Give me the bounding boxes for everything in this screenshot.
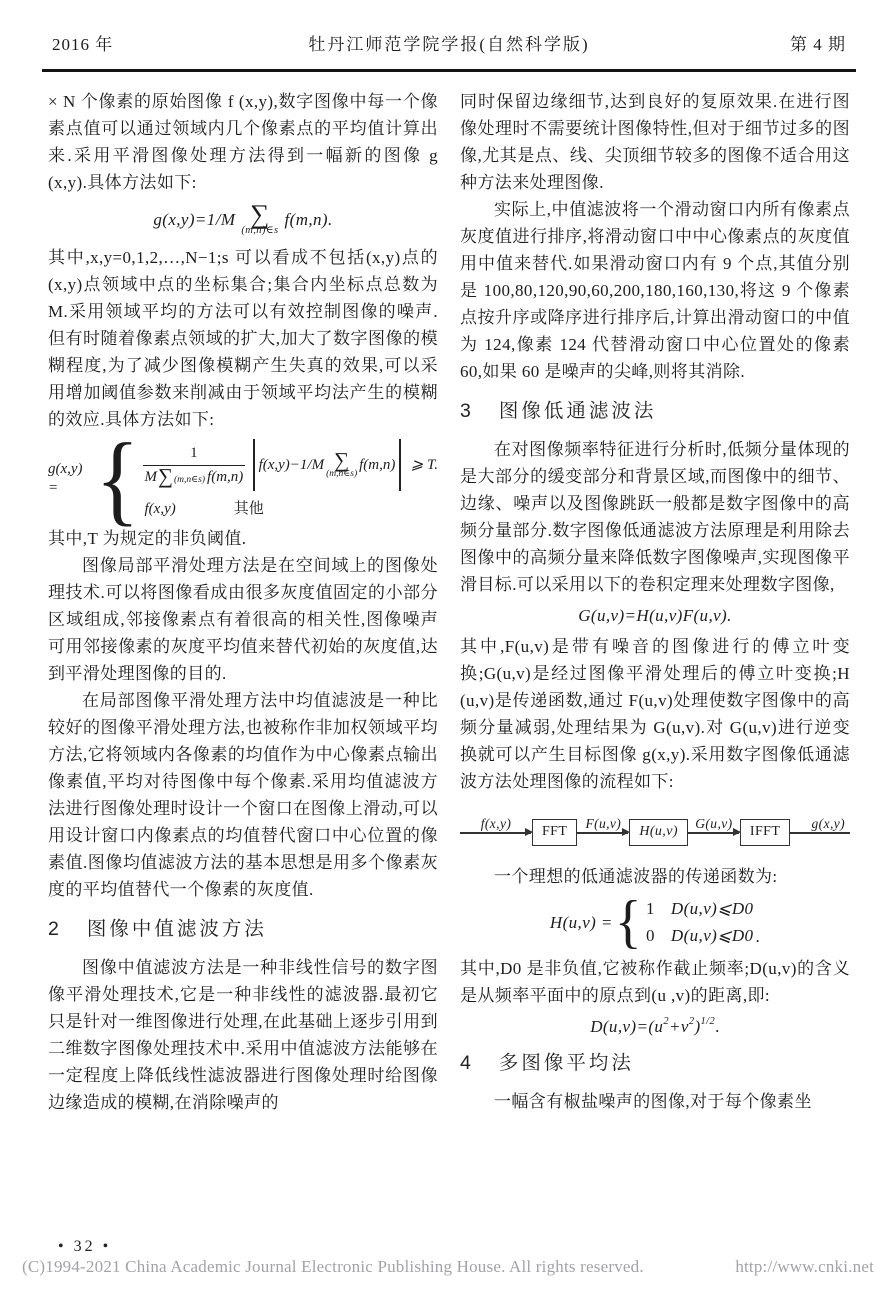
paragraph-cutoff-frequency: 其中,D0 是非负值,它被称作截止频率;D(u,v)的含义是从频率平面中的原点到… — [460, 955, 850, 1009]
section-heading-2: 2 图像中值滤波方法 — [48, 916, 438, 943]
section-heading-4: 4 多图像平均法 — [460, 1050, 850, 1077]
case-2: f(x,y) 其他 — [143, 500, 439, 519]
header-journal-title: 牡丹江师范学院学报(自然科学版) — [222, 30, 676, 55]
formula-lhs: H(u,v) = — [550, 912, 613, 933]
arrow-line — [460, 832, 531, 833]
formula-lhs: g(x,y) = — [48, 460, 94, 498]
copyright-notice: (C)1994-2021 China Academic Journal Elec… — [22, 1257, 874, 1277]
flow-arrow-F: F(u,v) — [577, 807, 629, 857]
section-title: 图像低通滤波法 — [499, 398, 657, 425]
section-heading-3: 3 图像低通滤波法 — [460, 398, 850, 425]
paragraph-average-explanation: 其中,x,y=0,1,2,…,N−1;s 可以看成不包括(x,y)点的(x,y)… — [48, 244, 438, 433]
section-number: 4 — [460, 1050, 471, 1077]
arrowhead-icon — [622, 828, 630, 836]
formula-neighborhood-average: g(x,y)=1/M ∑ (m,n)∈s f(m,n). — [48, 203, 438, 237]
section-number: 3 — [460, 398, 471, 425]
lowpass-flow-diagram: f(x,y) FFT F(u,v) H(u,v) G(u,v) IFFT — [460, 807, 850, 857]
flow-arrow-output: g(x,y) — [790, 807, 850, 857]
page-header: 2016 年 牡丹江师范学院学报(自然科学版) 第 4 期 — [52, 30, 846, 55]
left-brace: { — [95, 436, 139, 522]
piecewise-cases: 1 M ∑ (m,n∈s) f(m,n) — [143, 439, 439, 519]
fft-box: FFT — [532, 819, 577, 846]
right-column: 同时保留边缘细节,达到良好的复原效果.在进行图像处理时不需要统计图像特性,但对于… — [460, 88, 850, 1234]
abs-bar — [399, 439, 400, 491]
formula-rhs: f(m,n). — [285, 209, 333, 230]
journal-page: 2016 年 牡丹江师范学院学报(自然科学版) 第 4 期 × N 个像素的原始… — [0, 0, 896, 1311]
header-year: 2016 年 — [52, 30, 222, 55]
case-1: 1 M ∑ (m,n∈s) f(m,n) — [143, 439, 439, 491]
abs-bar — [253, 439, 254, 491]
sum-operator: ∑ (m,n∈s) — [326, 452, 357, 479]
piecewise-cases: 1 D(u,v)⩽D0 0 D(u,v)⩽D0 — [646, 898, 753, 947]
flow-arrow-input: f(x,y) — [460, 807, 532, 857]
formula-lhs: g(x,y)=1/M — [153, 209, 235, 230]
formula-ideal-lowpass: H(u,v) = { 1 D(u,v)⩽D0 0 D(u,v)⩽D0 . — [460, 897, 850, 947]
arrow-line — [688, 832, 739, 833]
paragraph-median-continued: 同时保留边缘细节,达到良好的复原效果.在进行图像处理时不需要统计图像特性,但对于… — [460, 88, 850, 196]
section-number: 2 — [48, 916, 59, 943]
transfer-function-box: H(u,v) — [629, 819, 688, 846]
sum-operator: ∑ (m,n)∈s — [241, 203, 278, 237]
cnki-url: http://www.cnki.net — [735, 1257, 874, 1277]
paragraph-median-filter: 图像中值滤波方法是一种非线性信号的数字图像平滑处理技术,它是一种非线性的滤波器.… — [48, 954, 438, 1116]
sum-operator: ∑ (m,n∈s) — [158, 468, 206, 485]
page-number: • 32 • — [58, 1238, 111, 1256]
section-title: 多图像平均法 — [499, 1050, 634, 1077]
case-1: 1 D(u,v)⩽D0 — [646, 898, 753, 919]
paragraph-lowpass-intro: 在对图像频率特征进行分析时,低频分量体现的是大部分的缓变部分和背景区域,而图像中… — [460, 436, 850, 598]
paragraph-transfer-explanation: 其中,F(u,v)是带有噪音的图像进行的傅立叶变换;G(u,v)是经过图像平滑处… — [460, 633, 850, 795]
absolute-value-expression: f(x,y)−1/M ∑ (m,n∈s) f(m,n) — [253, 439, 400, 491]
formula-distance: D(u,v)=(u2+v2)1/2. — [460, 1016, 850, 1037]
paragraph-multi-image-average: 一幅含有椒盐噪声的图像,对于每个像素坐 — [460, 1088, 850, 1115]
formula-threshold-piecewise: g(x,y) = { 1 M ∑ (m,n∈s) f(m — [48, 439, 438, 519]
case-2: 0 D(u,v)⩽D0 — [646, 925, 753, 946]
arrowhead-icon — [525, 828, 533, 836]
arrow-line — [577, 832, 628, 833]
two-column-body: × N 个像素的原始图像 f (x,y),数字图像中每一个像素点值可以通过领域内… — [48, 88, 850, 1234]
superscript: 1/2 — [701, 1017, 716, 1028]
paragraph-median-example: 实际上,中值滤波将一个滑动窗口内所有像素点灰度值进行排序,将滑动窗口中中心像素点… — [460, 196, 850, 385]
formula-period: . — [755, 926, 760, 947]
paragraph-ideal-filter-intro: 一个理想的低通滤波器的传递函数为: — [460, 863, 850, 890]
formula-convolution: G(u,v)=H(u,v)F(u,v). — [460, 605, 850, 626]
paragraph-mean-filter: 在局部图像平滑处理方法中均值滤波是一种比较好的图像平滑处理方法,也被称作非加权领… — [48, 687, 438, 903]
left-column: × N 个像素的原始图像 f (x,y),数字图像中每一个像素点值可以通过领域内… — [48, 88, 438, 1234]
ifft-box: IFFT — [740, 819, 790, 846]
fraction: 1 M ∑ (m,n∈s) f(m,n) — [143, 444, 246, 487]
left-brace: { — [615, 896, 642, 949]
arrow-line — [790, 832, 850, 833]
arrowhead-icon — [733, 828, 741, 836]
header-rule — [42, 69, 856, 72]
paragraph-local-smoothing: 图像局部平滑处理方法是在空间域上的图像处理技术.可以将图像看成由很多灰度值固定的… — [48, 552, 438, 687]
section-title: 图像中值滤波方法 — [87, 916, 267, 943]
header-issue: 第 4 期 — [676, 30, 846, 55]
paragraph-continuation: × N 个像素的原始图像 f (x,y),数字图像中每一个像素点值可以通过领域内… — [48, 88, 438, 196]
copyright-text: (C)1994-2021 China Academic Journal Elec… — [22, 1257, 644, 1277]
flow-arrow-G: G(u,v) — [688, 807, 740, 857]
threshold-condition: ⩾ T. — [411, 456, 438, 475]
